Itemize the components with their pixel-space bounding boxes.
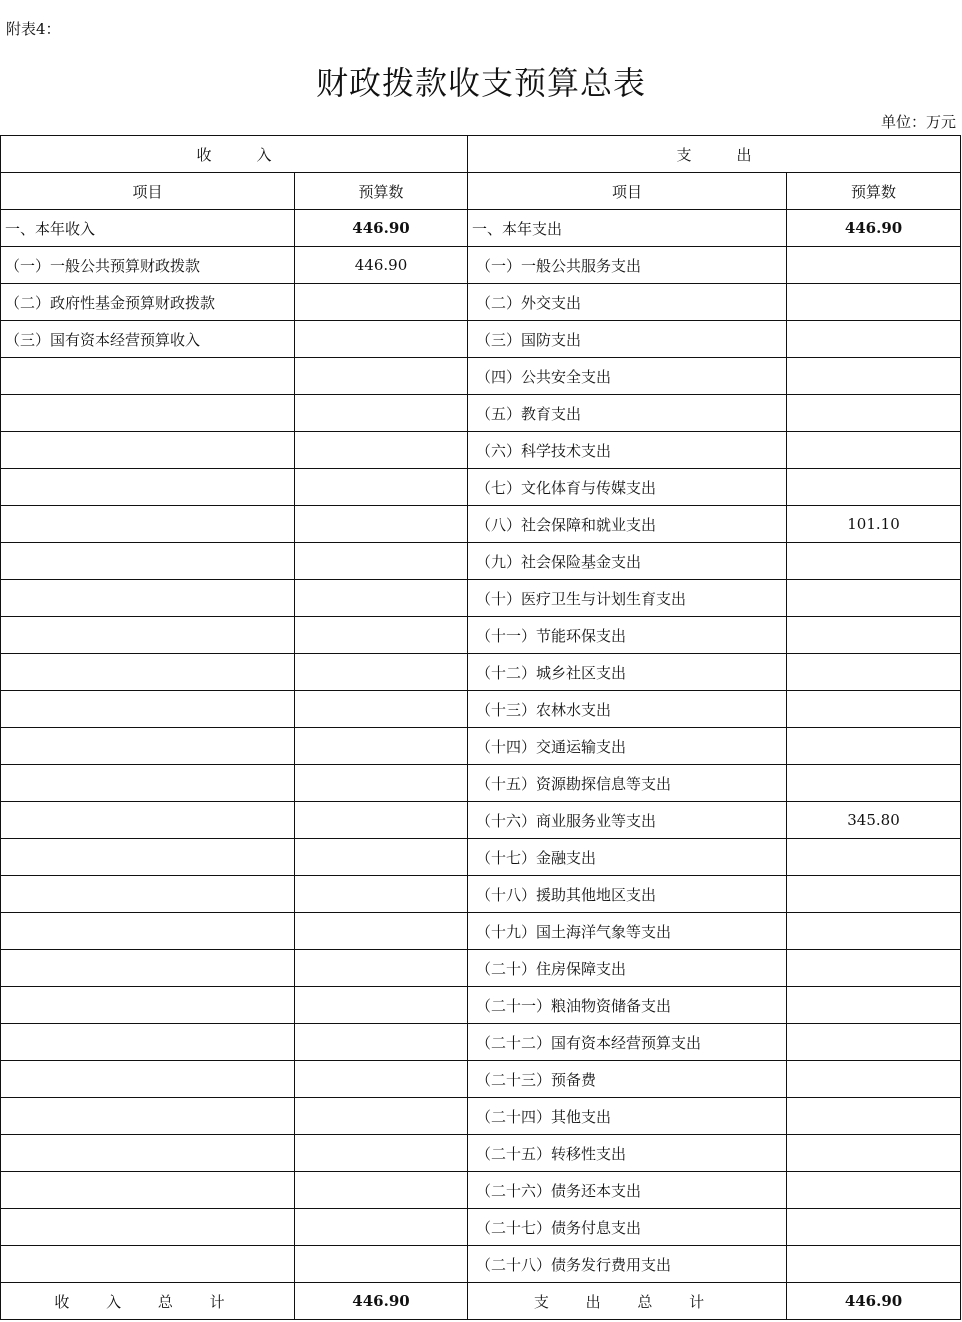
income-amount-cell [295, 1246, 468, 1283]
expense-item-cell: （十二）城乡社区支出 [468, 654, 787, 691]
income-amount-cell [295, 654, 468, 691]
table-row: （二十八）债务发行费用支出 [1, 1246, 961, 1283]
income-item-cell [1, 691, 295, 728]
income-amount-cell: 446.90 [295, 247, 468, 284]
expense-amount-cell: 345.80 [787, 802, 961, 839]
expense-item-cell: （十三）农林水支出 [468, 691, 787, 728]
table-row: （五）教育支出 [1, 395, 961, 432]
income-item-cell [1, 765, 295, 802]
income-item-cell [1, 1135, 295, 1172]
expense-item-cell: （十）医疗卫生与计划生育支出 [468, 580, 787, 617]
expense-amount-cell: 101.10 [787, 506, 961, 543]
income-total-amount: 446.90 [295, 1283, 468, 1320]
table-row: （十八）援助其他地区支出 [1, 876, 961, 913]
income-item-cell [1, 395, 295, 432]
expense-item-cell: （二十六）债务还本支出 [468, 1172, 787, 1209]
income-item-cell [1, 469, 295, 506]
expense-amount-cell [787, 1024, 961, 1061]
expense-item-cell: （九）社会保险基金支出 [468, 543, 787, 580]
expense-amount-cell [787, 469, 961, 506]
expense-total-label: 支 出 总 计 [468, 1283, 787, 1320]
expense-item-cell: （七）文化体育与传媒支出 [468, 469, 787, 506]
expense-item-cell: （二十七）债务付息支出 [468, 1209, 787, 1246]
table-row: （二十二）国有资本经营预算支出 [1, 1024, 961, 1061]
expense-item-cell: 一、本年支出 [468, 210, 787, 247]
income-item-cell [1, 839, 295, 876]
income-item-cell [1, 580, 295, 617]
expense-item-cell: （十五）资源勘探信息等支出 [468, 765, 787, 802]
unit-label: 单位：万元 [881, 111, 956, 132]
expense-item-cell: （一）一般公共服务支出 [468, 247, 787, 284]
expense-amount-cell [787, 1246, 961, 1283]
income-total-label: 收 入 总 计 [1, 1283, 295, 1320]
income-amount-cell [295, 728, 468, 765]
table-row: （二十六）债务还本支出 [1, 1172, 961, 1209]
expense-amount-cell [787, 765, 961, 802]
expense-amount-cell [787, 1172, 961, 1209]
table-row: （一）一般公共预算财政拨款446.90（一）一般公共服务支出 [1, 247, 961, 284]
table-row: （十二）城乡社区支出 [1, 654, 961, 691]
income-amount-cell [295, 580, 468, 617]
income-amount-header: 预算数 [295, 173, 468, 210]
income-item-cell [1, 950, 295, 987]
expense-item-cell: （二十五）转移性支出 [468, 1135, 787, 1172]
expense-item-cell: （二十二）国有资本经营预算支出 [468, 1024, 787, 1061]
expense-amount-cell [787, 284, 961, 321]
expense-amount-header: 预算数 [787, 173, 961, 210]
income-item-cell: （二）政府性基金预算财政拨款 [1, 284, 295, 321]
expense-item-cell: （十七）金融支出 [468, 839, 787, 876]
income-amount-cell [295, 321, 468, 358]
income-item-cell [1, 654, 295, 691]
table-row: （九）社会保险基金支出 [1, 543, 961, 580]
table-row: （二十）住房保障支出 [1, 950, 961, 987]
expense-amount-cell [787, 728, 961, 765]
table-row: （十九）国土海洋气象等支出 [1, 913, 961, 950]
expense-amount-cell [787, 1061, 961, 1098]
income-section-header: 收 入 [1, 136, 468, 173]
budget-table: 收 入 支 出 项目 预算数 项目 预算数 一、本年收入446.90一、本年支出… [0, 135, 961, 1320]
expense-item-cell: （十九）国土海洋气象等支出 [468, 913, 787, 950]
table-row: （八）社会保障和就业支出101.10 [1, 506, 961, 543]
income-item-cell [1, 432, 295, 469]
income-amount-cell [295, 617, 468, 654]
section-header-row: 收 入 支 出 [1, 136, 961, 173]
income-item-cell: 一、本年收入 [1, 210, 295, 247]
expense-item-cell: （二）外交支出 [468, 284, 787, 321]
table-row: （四）公共安全支出 [1, 358, 961, 395]
table-row: （十三）农林水支出 [1, 691, 961, 728]
income-amount-cell [295, 432, 468, 469]
income-amount-cell [295, 1024, 468, 1061]
income-amount-cell: 446.90 [295, 210, 468, 247]
income-item-cell [1, 358, 295, 395]
income-amount-cell [295, 1172, 468, 1209]
expense-amount-cell [787, 691, 961, 728]
table-row: （十一）节能环保支出 [1, 617, 961, 654]
expense-item-cell: （三）国防支出 [468, 321, 787, 358]
income-amount-cell [295, 913, 468, 950]
table-row: （六）科学技术支出 [1, 432, 961, 469]
expense-amount-cell [787, 1209, 961, 1246]
expense-item-cell: （二十三）预备费 [468, 1061, 787, 1098]
income-item-cell [1, 876, 295, 913]
expense-amount-cell: 446.90 [787, 210, 961, 247]
expense-amount-cell [787, 1135, 961, 1172]
income-amount-cell [295, 765, 468, 802]
expense-item-cell: （八）社会保障和就业支出 [468, 506, 787, 543]
income-item-cell [1, 543, 295, 580]
totals-row: 收 入 总 计446.90支 出 总 计446.90 [1, 1283, 961, 1320]
income-item-cell [1, 1246, 295, 1283]
income-amount-cell [295, 284, 468, 321]
income-item-cell [1, 1172, 295, 1209]
expense-amount-cell [787, 358, 961, 395]
income-item-cell [1, 506, 295, 543]
income-item-cell [1, 1209, 295, 1246]
expense-amount-cell [787, 395, 961, 432]
expense-amount-cell [787, 617, 961, 654]
income-item-cell: （三）国有资本经营预算收入 [1, 321, 295, 358]
expense-item-cell: （五）教育支出 [468, 395, 787, 432]
income-item-cell [1, 1024, 295, 1061]
income-item-cell [1, 1098, 295, 1135]
expense-amount-cell [787, 321, 961, 358]
income-amount-cell [295, 506, 468, 543]
income-amount-cell [295, 950, 468, 987]
expense-item-cell: （二十）住房保障支出 [468, 950, 787, 987]
expense-section-header: 支 出 [468, 136, 961, 173]
income-amount-cell [295, 395, 468, 432]
expense-amount-cell [787, 913, 961, 950]
expense-item-header: 项目 [468, 173, 787, 210]
income-amount-cell [295, 1209, 468, 1246]
table-row: （二十五）转移性支出 [1, 1135, 961, 1172]
income-amount-cell [295, 987, 468, 1024]
income-item-cell [1, 987, 295, 1024]
income-item-cell [1, 802, 295, 839]
income-item-header: 项目 [1, 173, 295, 210]
expense-amount-cell [787, 543, 961, 580]
table-row: （十六）商业服务业等支出345.80 [1, 802, 961, 839]
expense-amount-cell [787, 580, 961, 617]
expense-item-cell: （二十八）债务发行费用支出 [468, 1246, 787, 1283]
attachment-label: 附表4： [6, 18, 61, 39]
income-amount-cell [295, 876, 468, 913]
page-title: 财政拨款收支预算总表 [0, 58, 962, 104]
income-item-cell [1, 1061, 295, 1098]
income-amount-cell [295, 469, 468, 506]
expense-item-cell: （十八）援助其他地区支出 [468, 876, 787, 913]
income-amount-cell [295, 1135, 468, 1172]
expense-amount-cell [787, 839, 961, 876]
table-row: （二十一）粮油物资储备支出 [1, 987, 961, 1024]
table-row: （三）国有资本经营预算收入（三）国防支出 [1, 321, 961, 358]
income-item-cell [1, 728, 295, 765]
expense-amount-cell [787, 950, 961, 987]
expense-amount-cell [787, 654, 961, 691]
table-row: （七）文化体育与传媒支出 [1, 469, 961, 506]
expense-amount-cell [787, 1098, 961, 1135]
table-row: （十）医疗卫生与计划生育支出 [1, 580, 961, 617]
expense-item-cell: （十六）商业服务业等支出 [468, 802, 787, 839]
income-amount-cell [295, 543, 468, 580]
table-row: （二十七）债务付息支出 [1, 1209, 961, 1246]
income-amount-cell [295, 1061, 468, 1098]
income-item-cell: （一）一般公共预算财政拨款 [1, 247, 295, 284]
expense-amount-cell [787, 432, 961, 469]
table-row: （十七）金融支出 [1, 839, 961, 876]
expense-amount-cell [787, 876, 961, 913]
expense-total-amount: 446.90 [787, 1283, 961, 1320]
table-row: （二十四）其他支出 [1, 1098, 961, 1135]
income-amount-cell [295, 802, 468, 839]
column-header-row: 项目 预算数 项目 预算数 [1, 173, 961, 210]
income-item-cell [1, 913, 295, 950]
expense-item-cell: （二十一）粮油物资储备支出 [468, 987, 787, 1024]
expense-item-cell: （四）公共安全支出 [468, 358, 787, 395]
expense-item-cell: （二十四）其他支出 [468, 1098, 787, 1135]
income-amount-cell [295, 691, 468, 728]
income-amount-cell [295, 358, 468, 395]
expense-item-cell: （十四）交通运输支出 [468, 728, 787, 765]
table-row: （二）政府性基金预算财政拨款（二）外交支出 [1, 284, 961, 321]
table-row: （十五）资源勘探信息等支出 [1, 765, 961, 802]
expense-item-cell: （十一）节能环保支出 [468, 617, 787, 654]
income-amount-cell [295, 839, 468, 876]
table-row: （十四）交通运输支出 [1, 728, 961, 765]
expense-amount-cell [787, 247, 961, 284]
table-row: （二十三）预备费 [1, 1061, 961, 1098]
table-row: 一、本年收入446.90一、本年支出446.90 [1, 210, 961, 247]
income-amount-cell [295, 1098, 468, 1135]
expense-item-cell: （六）科学技术支出 [468, 432, 787, 469]
expense-amount-cell [787, 987, 961, 1024]
income-item-cell [1, 617, 295, 654]
